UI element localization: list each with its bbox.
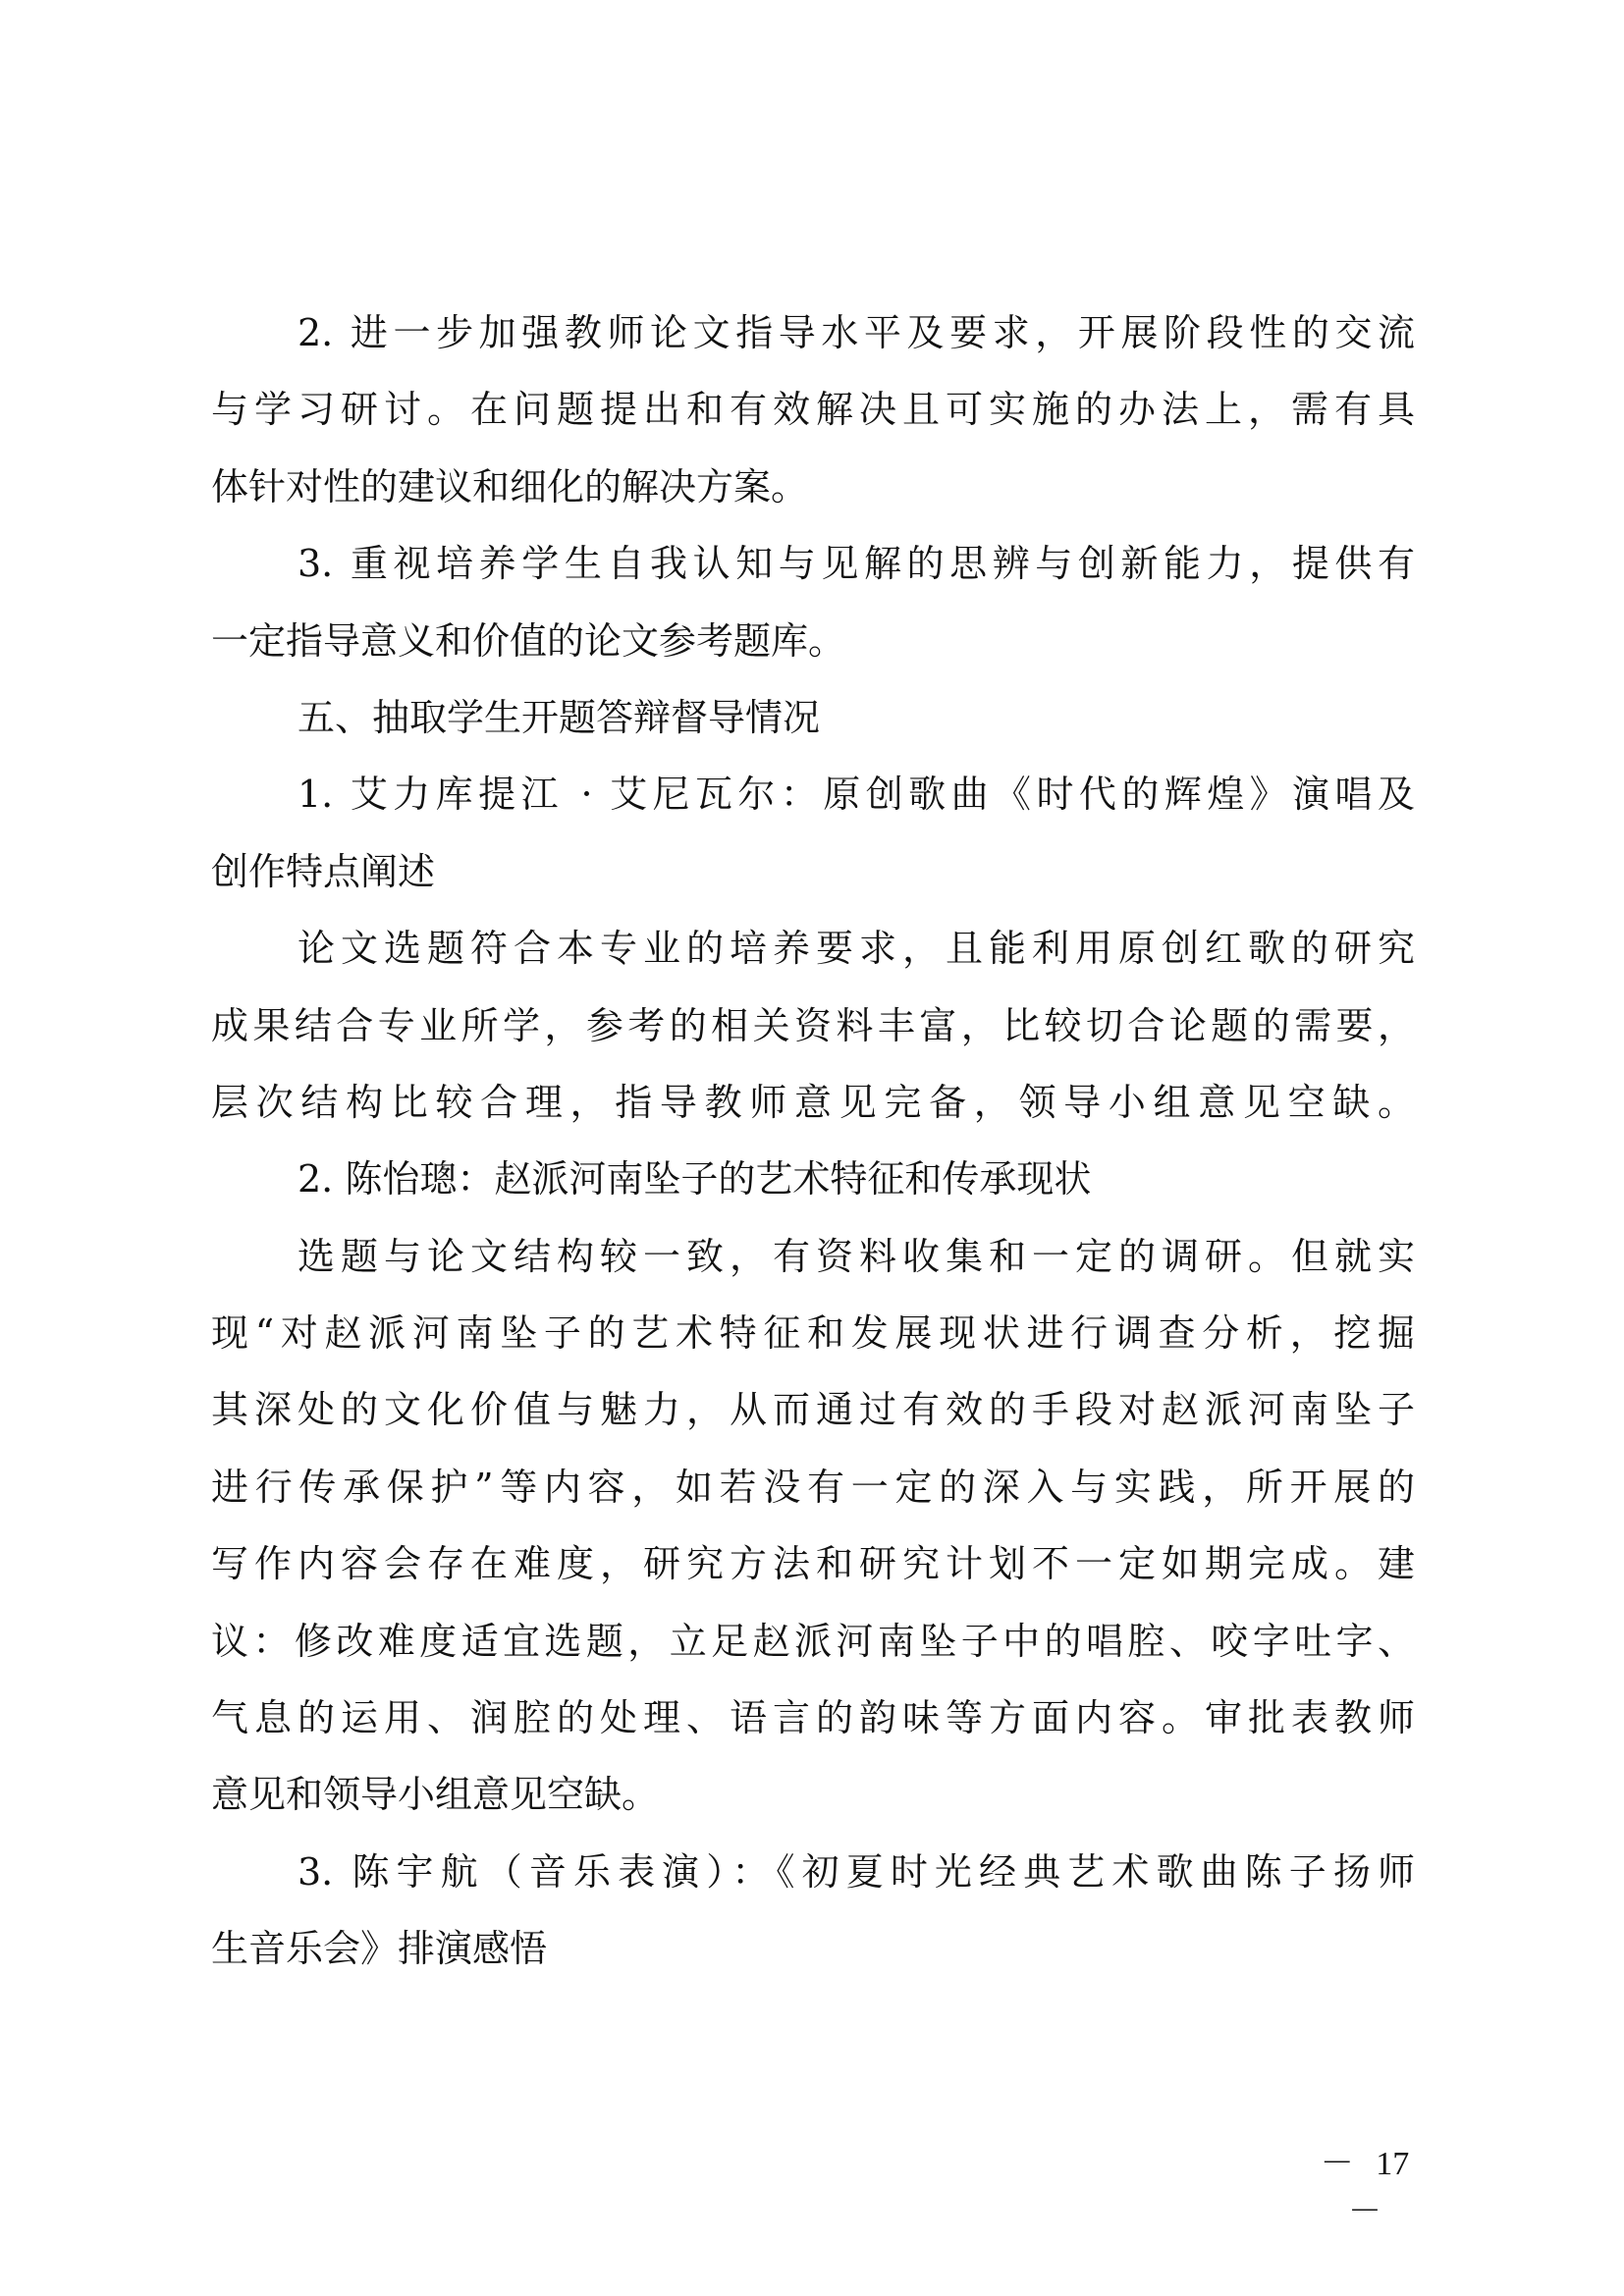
section-heading: 五、抽取学生开题答辩督导情况 [211,679,1415,756]
paragraph-line: 层次结构比较合理，指导教师意见完备，领导小组意见空缺。 [211,1064,1415,1141]
paragraph-line: 成果结合专业所学，参考的相关资料丰富，比较切合论题的需要， [211,988,1415,1064]
item-title-line: 3. 陈宇航（音乐表演）：《初夏时光经典艺术歌曲陈子扬师 [211,1834,1415,1910]
paragraph-line: 意见和领导小组意见空缺。 [211,1756,1415,1833]
item-title-line: 2. 陈怡璁：赵派河南坠子的艺术特征和传承现状 [211,1141,1415,1217]
paragraph-line: 写作内容会存在难度，研究方法和研究计划不一定如期完成。建 [211,1525,1415,1602]
paragraph-line: 其深处的文化价值与魅力，从而通过有效的手段对赵派河南坠子 [211,1371,1415,1448]
page-number: － 17 － [1296,2136,1434,2232]
document-page: 2. 进一步加强教师论文指导水平及要求，开展阶段性的交流 与学习研讨。在问题提出… [0,0,1624,2296]
paragraph-line: 气息的运用、润腔的处理、语言的韵味等方面内容。审批表教师 [211,1680,1415,1756]
paragraph-line: 选题与论文结构较一致，有资料收集和一定的调研。但就实 [211,1218,1415,1295]
body-text: 2. 进一步加强教师论文指导水平及要求，开展阶段性的交流 与学习研讨。在问题提出… [211,294,1415,1988]
item-title-line: 创作特点阐述 [211,833,1415,910]
paragraph-line: 论文选题符合本专业的培养要求，且能利用原创红歌的研究 [211,910,1415,987]
paragraph-line: 2. 进一步加强教师论文指导水平及要求，开展阶段性的交流 [211,294,1415,371]
paragraph-line: 进行传承保护”等内容，如若没有一定的深入与实践，所开展的 [211,1449,1415,1525]
item-title-line: 1. 艾力库提江 · 艾尼瓦尔：原创歌曲《时代的辉煌》演唱及 [211,756,1415,832]
paragraph-line: 与学习研讨。在问题提出和有效解决且可实施的办法上，需有具 [211,371,1415,448]
item-title-line: 生音乐会》排演感悟 [211,1910,1415,1987]
paragraph-line: 议：修改难度适宜选题，立足赵派河南坠子中的唱腔、咬字吐字、 [211,1603,1415,1680]
paragraph-line: 体针对性的建议和细化的解决方案。 [211,449,1415,525]
paragraph-line: 现“对赵派河南坠子的艺术特征和发展现状进行调查分析，挖掘 [211,1295,1415,1371]
paragraph-line: 一定指导意义和价值的论文参考题库。 [211,603,1415,679]
paragraph-line: 3. 重视培养学生自我认知与见解的思辨与创新能力，提供有 [211,525,1415,602]
